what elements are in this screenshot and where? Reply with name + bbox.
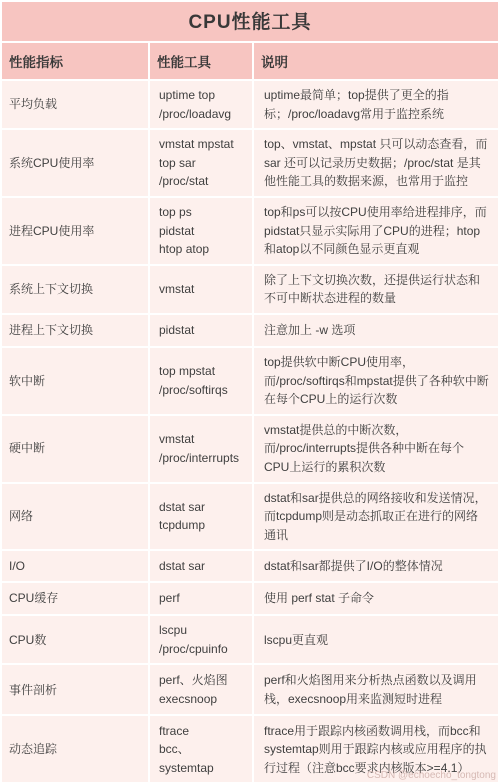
tool-line: tcpdump [159, 516, 246, 535]
tool-line: uptime top [159, 86, 246, 105]
header-row: 性能指标 性能工具 说明 [2, 43, 498, 81]
tools-cell: perf [150, 583, 254, 616]
tool-line: perf、火焰图 [159, 671, 246, 690]
tools-cell: lscpu/proc/cpuinfo [150, 616, 254, 665]
description-cell: ftrace用于跟踪内核函数调用栈，而bcc和systemtap则用于跟踪内核或… [254, 716, 498, 784]
tool-line: htop atop [159, 240, 246, 259]
table-row: 网络dstat sartcpdumpdstat和sar提供总的网络接收和发送情况… [2, 484, 498, 552]
description-cell: top提供软中断CPU使用率，而/proc/softirqs和mpstat提供了… [254, 348, 498, 416]
tool-line: vmstat [159, 280, 246, 299]
description-cell: dstat和sar都提供了I/O的整体情况 [254, 551, 498, 583]
table-body: 平均负载uptime top/proc/loadavguptime最简单；top… [2, 81, 498, 784]
metric-cell: 进程CPU使用率 [2, 198, 150, 266]
tool-line: execsnoop [159, 690, 246, 709]
tools-cell: top mpstat/proc/softirqs [150, 348, 254, 416]
tools-cell: uptime top/proc/loadavg [150, 81, 254, 130]
table-row: CPU缓存perf使用 perf stat 子命令 [2, 583, 498, 616]
metric-cell: 进程上下文切换 [2, 315, 150, 348]
table-row: 动态追踪ftracebcc、systemtapftrace用于跟踪内核函数调用栈… [2, 716, 498, 784]
description-cell: 除了上下文切换次数，还提供运行状态和不可中断状态进程的数量 [254, 266, 498, 315]
tool-line: vmstat [159, 430, 246, 449]
description-cell: uptime最简单；top提供了更全的指标；/proc/loadavg常用于监控… [254, 81, 498, 130]
tool-line: dstat sar [159, 498, 246, 517]
table-row: I/Odstat sardstat和sar都提供了I/O的整体情况 [2, 551, 498, 583]
cpu-tools-table: 性能指标 性能工具 说明 平均负载uptime top/proc/loadavg… [2, 43, 498, 784]
tools-cell: vmstat/proc/interrupts [150, 416, 254, 484]
tool-line: top ps [159, 203, 246, 222]
metric-cell: CPU缓存 [2, 583, 150, 616]
table-row: 进程上下文切换pidstat注意加上 -w 选项 [2, 315, 498, 348]
description-cell: vmstat提供总的中断次数，而/proc/interrupts提供各种中断在每… [254, 416, 498, 484]
table-header: 性能指标 性能工具 说明 [2, 43, 498, 81]
tool-line: /proc/cpuinfo [159, 640, 246, 659]
table-row: CPU数lscpu/proc/cpuinfolscpu更直观 [2, 616, 498, 665]
description-cell: 使用 perf stat 子命令 [254, 583, 498, 616]
description-cell: top、vmstat、mpstat 只可以动态查看，而 sar 还可以记录历史数… [254, 130, 498, 198]
tool-line: bcc、 [159, 740, 246, 759]
tool-line: vmstat mpstat [159, 135, 246, 154]
tool-line: ftrace [159, 722, 246, 741]
page-title: CPU性能工具 [2, 2, 498, 43]
tool-line: top mpstat [159, 362, 246, 381]
tool-line: dstat sar [159, 557, 246, 576]
table-row: 系统上下文切换vmstat除了上下文切换次数，还提供运行状态和不可中断状态进程的… [2, 266, 498, 315]
description-cell: perf和火焰图用来分析热点函数以及调用栈，execsnoop用来监测短时进程 [254, 665, 498, 716]
tools-cell: vmstat [150, 266, 254, 315]
metric-cell: 软中断 [2, 348, 150, 416]
tool-line: lscpu [159, 621, 246, 640]
tool-line: systemtap [159, 759, 246, 778]
tool-line: pidstat [159, 222, 246, 241]
metric-cell: 平均负载 [2, 81, 150, 130]
tool-line: perf [159, 589, 246, 608]
tool-line: pidstat [159, 321, 246, 340]
tool-line: /proc/loadavg [159, 105, 246, 124]
tools-cell: vmstat mpstattop sar/proc/stat [150, 130, 254, 198]
table-row: 软中断top mpstat/proc/softirqstop提供软中断CPU使用… [2, 348, 498, 416]
metric-cell: 网络 [2, 484, 150, 552]
table-row: 系统CPU使用率vmstat mpstattop sar/proc/statto… [2, 130, 498, 198]
table-row: 事件剖析perf、火焰图execsnoopperf和火焰图用来分析热点函数以及调… [2, 665, 498, 716]
metric-cell: 事件剖析 [2, 665, 150, 716]
col-header-desc: 说明 [254, 43, 498, 81]
tools-cell: perf、火焰图execsnoop [150, 665, 254, 716]
tools-cell: dstat sartcpdump [150, 484, 254, 552]
metric-cell: 硬中断 [2, 416, 150, 484]
description-cell: 注意加上 -w 选项 [254, 315, 498, 348]
metric-cell: 系统上下文切换 [2, 266, 150, 315]
tool-line: /proc/interrupts [159, 449, 246, 468]
metric-cell: CPU数 [2, 616, 150, 665]
metric-cell: I/O [2, 551, 150, 583]
tool-line: top sar [159, 154, 246, 173]
description-cell: top和ps可以按CPU使用率给进程排序，而pidstat只显示实际用了CPU的… [254, 198, 498, 266]
tools-cell: ftracebcc、systemtap [150, 716, 254, 784]
table-row: 进程CPU使用率top pspidstathtop atoptop和ps可以按C… [2, 198, 498, 266]
col-header-metric: 性能指标 [2, 43, 150, 81]
metric-cell: 动态追踪 [2, 716, 150, 784]
tool-line: /proc/stat [159, 172, 246, 191]
metric-cell: 系统CPU使用率 [2, 130, 150, 198]
description-cell: dstat和sar提供总的网络接收和发送情况，而tcpdump则是动态抓取正在进… [254, 484, 498, 552]
cpu-tools-page: CPU性能工具 性能指标 性能工具 说明 平均负载uptime top/proc… [2, 2, 498, 784]
table-row: 平均负载uptime top/proc/loadavguptime最简单；top… [2, 81, 498, 130]
tool-line: /proc/softirqs [159, 381, 246, 400]
table-row: 硬中断vmstat/proc/interruptsvmstat提供总的中断次数，… [2, 416, 498, 484]
tools-cell: dstat sar [150, 551, 254, 583]
tools-cell: pidstat [150, 315, 254, 348]
tools-cell: top pspidstathtop atop [150, 198, 254, 266]
col-header-tools: 性能工具 [150, 43, 254, 81]
description-cell: lscpu更直观 [254, 616, 498, 665]
